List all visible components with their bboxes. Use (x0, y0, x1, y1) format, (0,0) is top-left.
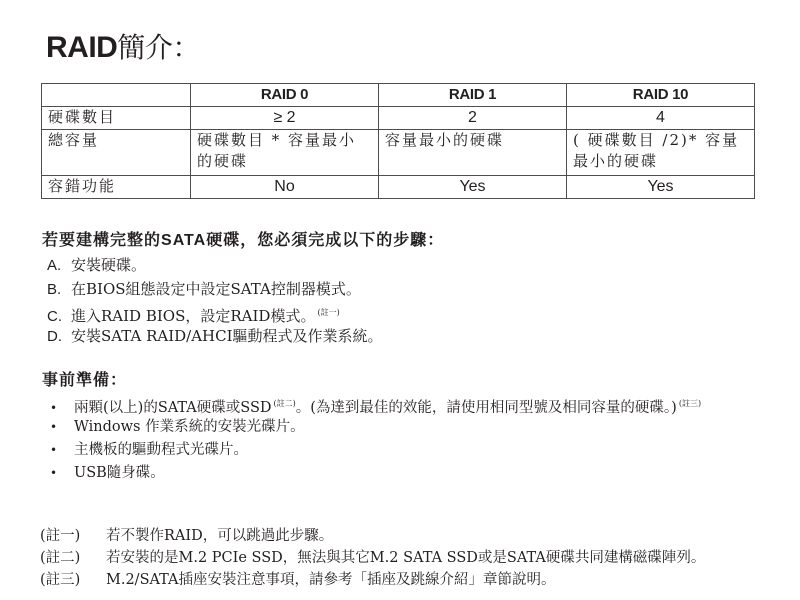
steps-heading-part1: 若要建構完整的 (42, 230, 161, 249)
list-item: A.安裝硬碟。 (47, 254, 383, 278)
footnote-tag: (註二) (40, 548, 106, 569)
steps-heading-part3: 硬碟，您必須完成以下的步驟： (206, 230, 444, 249)
cell-raid0-fault-tolerance: No (191, 176, 379, 199)
prep-list: •兩顆(以上)的SATA硬碟或SSD(註二)。(為達到最佳的效能，請使用相同型號… (50, 393, 701, 485)
footnote: (註三)M.2/SATA插座安裝注意事項，請參考「插座及跳線介紹」章節說明。 (40, 570, 705, 592)
table-header-raid0: RAID 0 (191, 84, 379, 107)
cell-raid1-capacity: 容量最小的硬碟 (379, 130, 567, 176)
step-letter: B. (47, 278, 71, 301)
cell-raid10-capacity: ( 硬碟數目 /2)* 容量最小的硬碟 (567, 130, 755, 176)
list-item: •USB隨身碟。 (50, 462, 701, 485)
step-text: 安裝SATA RAID/AHCI驅動程式及作業系統。 (71, 327, 383, 345)
prep-text: 兩顆(以上)的SATA硬碟或SSD (74, 400, 272, 416)
footnote-text: 若不製作RAID，可以跳過此步驟。 (106, 528, 333, 544)
steps-heading-part2: SATA (161, 232, 206, 249)
cell-raid10-disk-count: 4 (567, 107, 755, 130)
footnote: (註一)若不製作RAID，可以跳過此步驟。 (40, 526, 705, 548)
cell-raid0-capacity: 硬碟數目 * 容量最小的硬碟 (191, 130, 379, 176)
cell-raid10-fault-tolerance: Yes (567, 176, 755, 199)
list-item: D.安裝SATA RAID/AHCI驅動程式及作業系統。 (47, 325, 383, 349)
table-header-raid1: RAID 1 (379, 84, 567, 107)
step-text: 安裝硬碟。 (71, 256, 146, 274)
row-label-capacity: 總容量 (42, 130, 191, 176)
prep-text: USB隨身碟。 (74, 465, 165, 481)
footnote-text: M.2/SATA插座安裝注意事項，請參考「插座及跳線介紹」章節說明。 (106, 572, 556, 588)
list-item: •兩顆(以上)的SATA硬碟或SSD(註二)。(為達到最佳的效能，請使用相同型號… (50, 393, 701, 416)
footnote-tag: (註三) (40, 570, 106, 591)
page-title-latin: RAID (46, 31, 117, 64)
cell-raid1-disk-count: 2 (379, 107, 567, 130)
list-item: •主機板的驅動程式光碟片。 (50, 439, 701, 462)
prep-text-continued: 。(為達到最佳的效能，請使用相同型號及相同容量的硬碟。) (296, 400, 677, 416)
step-letter: D. (47, 325, 71, 348)
footnote-text: 若安裝的是M.2 PCIe SSD，無法與其它M.2 SATA SSD或是SAT… (106, 550, 705, 566)
table-header-corner (42, 84, 191, 107)
table-row: 總容量 硬碟數目 * 容量最小的硬碟 容量最小的硬碟 ( 硬碟數目 /2)* 容… (42, 130, 755, 176)
prep-text: 主機板的驅動程式光碟片。 (74, 442, 248, 458)
bullet-icon: • (50, 439, 74, 461)
list-item: C.進入RAID BIOS，設定RAID模式。(註一) (47, 301, 383, 325)
table-header-row: RAID 0 RAID 1 RAID 10 (42, 84, 755, 107)
prep-heading: 事前準備： (42, 367, 127, 390)
table-header-raid10: RAID 10 (567, 84, 755, 107)
footnote: (註二)若安裝的是M.2 PCIe SSD，無法與其它M.2 SATA SSD或… (40, 548, 705, 570)
row-label-disk-count: 硬碟數目 (42, 107, 191, 130)
list-item: •Windows 作業系統的安裝光碟片。 (50, 416, 701, 439)
prep-text: Windows 作業系統的安裝光碟片。 (74, 419, 305, 435)
steps-heading: 若要建構完整的SATA硬碟，您必須完成以下的步驟： (42, 227, 444, 250)
cell-raid0-disk-count: ≥ 2 (191, 107, 379, 130)
bullet-icon: • (50, 462, 74, 484)
bullet-icon: • (50, 416, 74, 438)
table-row: 容錯功能 No Yes Yes (42, 176, 755, 199)
footnote-ref: (註二) (274, 399, 296, 408)
footnote-ref: (註三) (679, 399, 701, 408)
raid-comparison-table: RAID 0 RAID 1 RAID 10 硬碟數目 ≥ 2 2 4 總容量 硬… (41, 83, 755, 199)
row-label-fault-tolerance: 容錯功能 (42, 176, 191, 199)
list-item: B.在BIOS組態設定中設定SATA控制器模式。 (47, 278, 383, 302)
step-text: 進入RAID BIOS，設定RAID模式。 (71, 307, 315, 325)
page-title-cjk: 簡介： (117, 31, 200, 64)
steps-list: A.安裝硬碟。 B.在BIOS組態設定中設定SATA控制器模式。 C.進入RAI… (47, 254, 383, 348)
step-letter: A. (47, 254, 71, 277)
footnote-ref: (註一) (317, 308, 339, 317)
footnotes-list: (註一)若不製作RAID，可以跳過此步驟。 (註二)若安裝的是M.2 PCIe … (40, 526, 705, 592)
step-text: 在BIOS組態設定中設定SATA控制器模式。 (71, 280, 361, 298)
table-row: 硬碟數目 ≥ 2 2 4 (42, 107, 755, 130)
cell-raid1-fault-tolerance: Yes (379, 176, 567, 199)
footnote-tag: (註一) (40, 526, 106, 547)
page-title: RAID簡介： (46, 30, 200, 66)
